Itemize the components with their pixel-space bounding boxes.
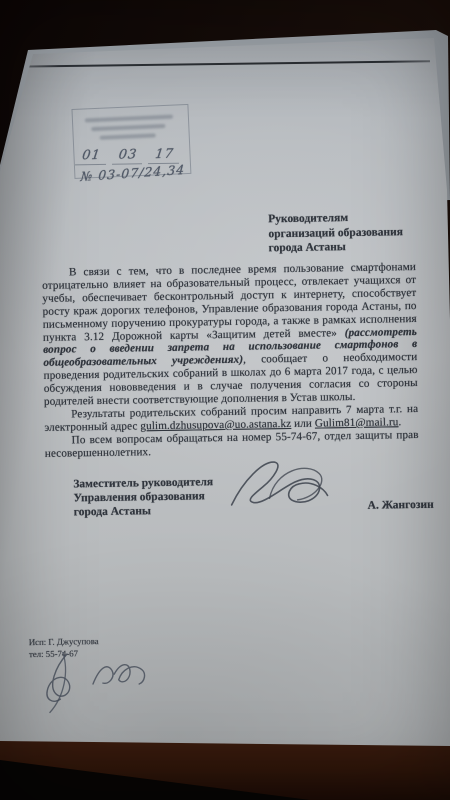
executor-signature-icon <box>33 647 95 717</box>
signer-position-block: Заместитель руководителя Управления обра… <box>73 476 213 520</box>
stamp-text-line <box>91 124 165 131</box>
signer-name: А. Жангозин <box>332 499 434 513</box>
second-signature-icon <box>87 655 152 694</box>
page-content: 010317 № 03-07/24,34 Руководителям орган… <box>0 0 450 800</box>
email-address-1: gulim.dzhusupova@uo.astana.kz <box>140 418 291 432</box>
letter-body: В связи с тем, что в последнее время пол… <box>42 261 419 460</box>
signer-position-line-3: города Астаны <box>74 504 214 520</box>
director-signature-icon <box>223 453 334 513</box>
stamp-date-day: 01 <box>75 148 108 166</box>
document-page: 010317 № 03-07/24,34 Руководителям орган… <box>0 0 450 800</box>
stamp-text-line <box>100 133 156 139</box>
addressee-block: Руководителям организаций образования го… <box>268 210 434 256</box>
addressee-line-3: города Астаны <box>269 239 434 256</box>
stamp-handwritten-date: 010317 <box>75 147 186 164</box>
email-address-2: Gulim81@mail.ru <box>315 416 399 429</box>
stamp-text-line <box>85 115 173 123</box>
signer-position-line-2: Управления образования <box>73 490 213 506</box>
p2-period: . <box>398 416 401 428</box>
p2-connector: или <box>291 417 315 429</box>
stamp-date-month: 03 <box>112 147 145 165</box>
executor-name: Исп: Г. Джусупова <box>29 636 99 649</box>
photo-scene: 010317 № 03-07/24,34 Руководителям орган… <box>0 0 450 800</box>
paragraph-1: В связи с тем, что в последнее время пол… <box>42 261 418 409</box>
